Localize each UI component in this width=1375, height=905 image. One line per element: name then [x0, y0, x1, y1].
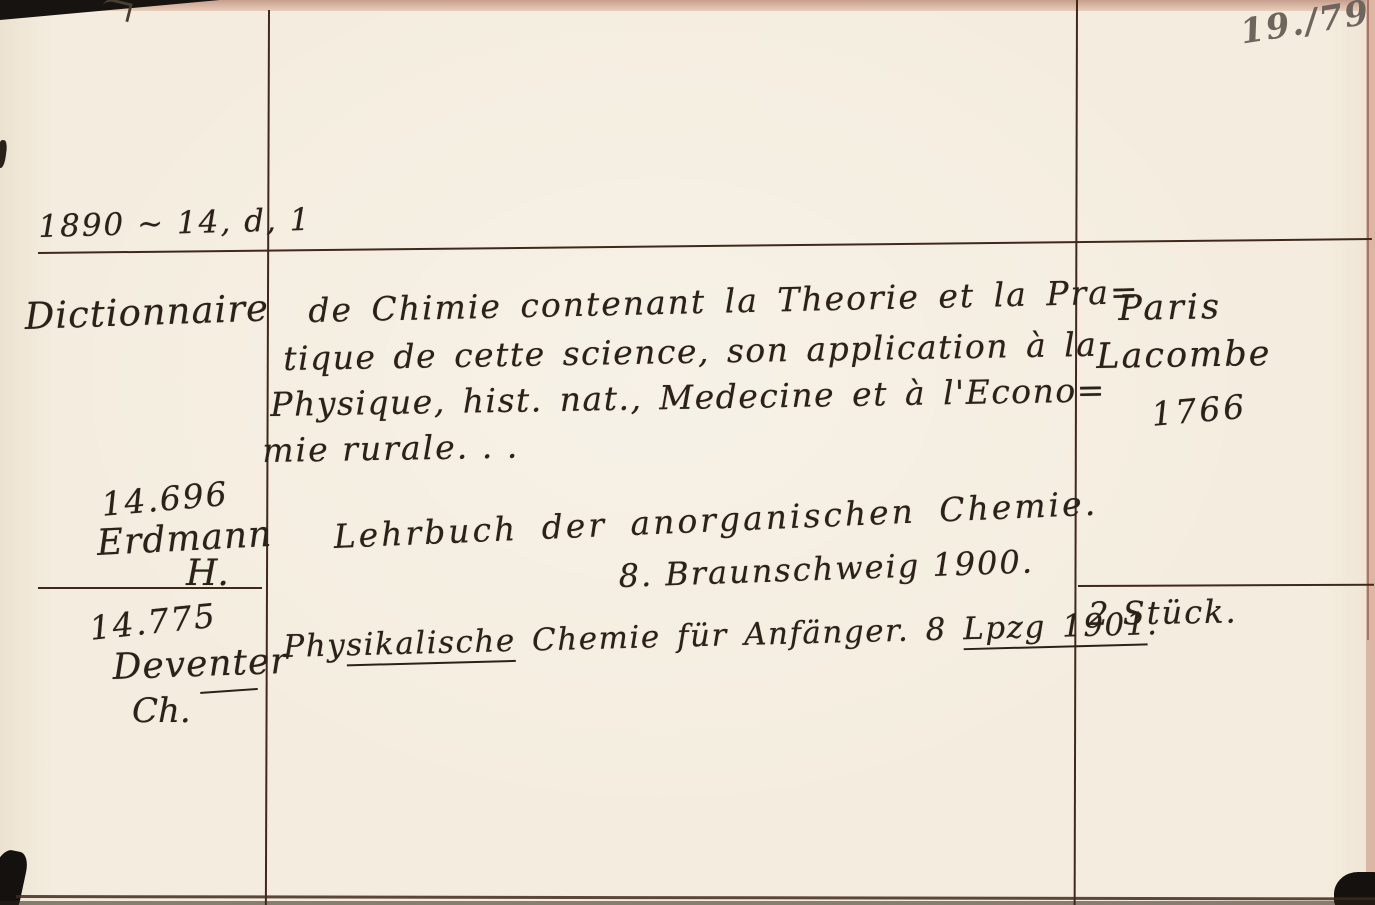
entry1-title-line: mie rurale. . .	[262, 430, 519, 467]
entry3-title-part: Phy	[283, 627, 347, 665]
entry3-title-part-underlined: sikalische	[346, 623, 516, 666]
scan-edge-bottom	[0, 901, 1375, 905]
scan-edge-right-line	[1367, 0, 1369, 640]
entry2-author: Erdmann	[96, 517, 273, 562]
entry1-author: Dictionnaire	[24, 289, 269, 335]
entry2-title: Lehrbuch der anorganischen Chemie.	[333, 487, 1099, 553]
entry3-author-underline	[200, 688, 258, 694]
entry3-shelfmark: 14.775	[88, 599, 218, 645]
entry2-imprint: 8. Braunschweig 1900.	[618, 545, 1034, 591]
entry3-author: Deventer	[112, 644, 289, 686]
column-rule-right	[1074, 0, 1078, 905]
header-code: 1890 ~ 14, d, 1	[38, 205, 312, 243]
entry1-title-line: Physique, hist. nat., Medecine et à l'Ec…	[270, 373, 1106, 421]
entry2-shelfmark: 14.696	[100, 477, 230, 521]
right-column-rule	[1078, 584, 1374, 587]
scan-edge-top	[0, 0, 1375, 11]
stray-mark-left-edge	[0, 140, 8, 169]
entry1-year: 1766	[1150, 390, 1248, 431]
entry2-author-initial: H.	[186, 556, 229, 592]
entry3-title: Physikalische Chemie für Anfänger. 8 Lpz…	[283, 609, 1159, 663]
catalog-card-scan: 19./79 1890 ~ 14, d, 1 Dictionnaire de C…	[0, 0, 1375, 905]
entry3-title-part: Chemie für Anfänger. 8	[515, 611, 963, 659]
entry1-title-line: de Chimie contenant la Theorie et la Pra…	[308, 275, 1140, 327]
entry3-author-initial: Ch.	[132, 694, 191, 728]
entry1-title-line: tique de cette science, son application …	[283, 328, 1098, 375]
header-row-rule	[38, 238, 1372, 254]
entry1-place: Paris	[1118, 290, 1222, 327]
stray-ink-mark-top	[100, 0, 133, 22]
bottom-rule	[16, 895, 1375, 900]
entry1-publisher: Lacombe	[1096, 337, 1272, 375]
entry3-copies-note: 2 Stück.	[1088, 595, 1238, 630]
